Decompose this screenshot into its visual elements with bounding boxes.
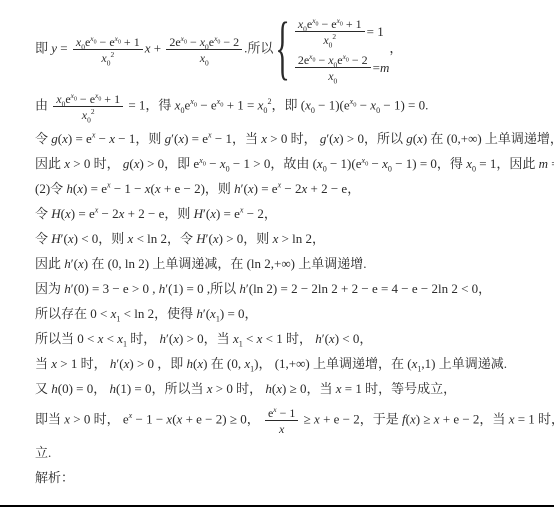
math-text: < ln 2，使得 [120, 306, 196, 321]
math-text: − 1)(e [315, 97, 350, 112]
math-text: 令 [35, 206, 51, 221]
math-text: − e [197, 97, 217, 112]
math-text: − 2 [349, 53, 368, 67]
math-text: ) < 0，则 [74, 231, 128, 246]
math-text: ) > 0，所以 [339, 131, 406, 146]
math-text: 0 [334, 76, 338, 85]
math-text: + 1 [101, 92, 120, 106]
math-text: ， [389, 40, 402, 55]
line-analysis-label: 解析： [35, 469, 548, 486]
math-text: 因为 [35, 281, 64, 296]
math-text: (0) = 0， [58, 381, 110, 396]
math-text: 令 [35, 231, 51, 246]
fraction: 2ex0 − x0ex0 − 2x0 [295, 52, 371, 83]
math-text: ≥ [300, 411, 314, 426]
math-text: 解析： [35, 470, 74, 485]
math-text: 0 [205, 58, 209, 67]
math-text: − 2， [243, 206, 276, 221]
subscript: 0 [87, 115, 91, 124]
math-text: + 1 [343, 17, 362, 31]
math-text: > ln 2， [278, 231, 325, 246]
math-text: ) = e [71, 206, 95, 221]
line-final-inequality: 即当 x > 0 时， ex − 1 − x(x + e − 2) ≥ 0， e… [35, 405, 548, 436]
math-text: 因此 [35, 156, 64, 171]
math-text: 由 [35, 97, 51, 112]
math-text: − 1 − [132, 411, 166, 426]
math-text: − 2 [281, 181, 301, 196]
math-text: = [57, 40, 71, 55]
math-text: (2)令 [35, 181, 66, 196]
math-text: − e [318, 17, 336, 31]
math-text: 立. [35, 445, 51, 460]
math-variable: x [279, 422, 284, 436]
subscript: 0 [334, 76, 338, 85]
system-rows: x0ex0 − ex0 + 1x02 = 12ex0 − x0ex0 − 2x0… [293, 16, 390, 83]
math-text: .所以 [244, 40, 273, 55]
fraction-denominator: x [265, 421, 298, 436]
subscript: 0 [107, 58, 111, 67]
math-text: ) ≥ [416, 411, 434, 426]
superscript: 2 [332, 32, 336, 41]
math-text: ) = e [83, 181, 107, 196]
math-text: ) = 0， [220, 306, 258, 321]
math-text: ) > 0，即 e [140, 156, 200, 171]
math-text: − [95, 131, 109, 146]
math-text: 即 [35, 40, 51, 55]
fraction-denominator: x02 [53, 107, 123, 122]
math-text: + [150, 40, 164, 55]
math-text: ′( [71, 256, 78, 271]
math-variable: m [380, 59, 389, 76]
line-tangent-system: 即 y = x0ex0 − ex0 + 1x02x + 2ex0 − x0ex0… [35, 16, 548, 83]
left-brace: { [275, 14, 289, 85]
math-text: + 1 [121, 35, 140, 49]
math-text: − 2 [220, 35, 239, 49]
line-derive-x0: 由 x0ex0 − ex0 + 1x02 = 1，得 x0ex0 − ex0 +… [35, 91, 548, 122]
math-text: > 1 时， [57, 356, 110, 371]
math-text: = [373, 59, 380, 76]
math-text: − [187, 35, 200, 49]
subscript: 0 [329, 40, 333, 49]
fraction: x0ex0 − ex0 + 1x02 [53, 91, 123, 122]
solution-document: 即 y = x0ex0 − ex0 + 1x02x + 2ex0 − x0ex0… [0, 0, 554, 486]
math-text: 2e [298, 53, 309, 67]
math-text: + 2 − e，则 [124, 206, 193, 221]
math-text: 当 [35, 356, 51, 371]
math-text: − e [97, 35, 115, 49]
fraction-numerator: x0ex0 − ex0 + 1 [53, 91, 123, 107]
math-text: ′( [322, 331, 329, 346]
math-text: − [368, 156, 382, 171]
math-text: − [206, 156, 220, 171]
math-text: > 0 时， e [70, 411, 129, 426]
math-variable: H [51, 231, 60, 246]
math-text: ) = e [216, 206, 240, 221]
math-text: − 1 > 0，故由 ( [230, 156, 317, 171]
math-text: 因此 [35, 256, 64, 271]
math-text: ) ≥ 0，当 [282, 381, 336, 396]
math-text: ′(ln 2) = 2 − 2ln 2 + 2 − e = 4 − e − 2l… [246, 281, 491, 296]
math-variable: H [194, 206, 203, 221]
math-text: ) = e [254, 181, 278, 196]
math-text: + 1 = [223, 97, 257, 112]
math-text: + e − 2)，则 [161, 181, 235, 196]
math-text: ) > 0 ，即 [129, 356, 186, 371]
math-text: + e − 2，于是 [320, 411, 402, 426]
math-text: (1) = 0，所以当 [116, 381, 207, 396]
math-text: − 1 − [111, 181, 145, 196]
math-text: < ln 2，令 [133, 231, 196, 246]
fraction-numerator: x0ex0 − ex0 + 1 [73, 34, 143, 50]
math-text: 0 [263, 106, 267, 115]
math-text: ) > 0，则 [219, 231, 273, 246]
line-part2-define-h: (2)令 h(x) = ex − 1 − x(x + e − 2)，则 h′(x… [35, 180, 548, 197]
line-H-prime-sign: 令 H′(x) < 0，则 x < ln 2，令 H′(x) > 0，则 x >… [35, 230, 548, 247]
math-text: ) > 0，当 [179, 331, 233, 346]
math-text: = 1 时，等号成立， [342, 381, 457, 396]
fraction-denominator: x0 [166, 50, 242, 65]
math-text: 所以当 0 < [35, 331, 98, 346]
math-text: )， (1,+∞) 上单调递增，在 ( [254, 356, 411, 371]
math-text: < 1 时， [262, 331, 315, 346]
math-text: 0 [329, 40, 333, 49]
math-text: ) = e [68, 131, 92, 146]
line-sign-intervals: 所以当 0 < x < x1 时， h′(x) > 0，当 x1 < x < 1… [35, 330, 548, 347]
fraction: x0ex0 − ex0 + 1x02 [295, 16, 365, 47]
math-text: ,1) 上单调递减. [421, 356, 507, 371]
math-variable: m [539, 156, 548, 171]
math-text: + e − 2) ≥ 0， [182, 411, 263, 426]
math-text: ′( [61, 231, 68, 246]
math-text: ′( [326, 131, 333, 146]
math-text: 即当 [35, 411, 64, 426]
fraction-denominator: x0 [295, 68, 371, 83]
superscript: 2 [110, 50, 114, 59]
math-text: ) = e [184, 131, 208, 146]
math-text: ′( [206, 231, 213, 246]
math-text: 2 [91, 107, 95, 116]
line-define-g: 令 g(x) = ex − x − 1，则 g′(x) = ex − 1，当 x… [35, 130, 548, 147]
math-text: 2 [110, 50, 114, 59]
line-h-prime-monotone: 因此 h′(x) 在 (0, ln 2) 上单调递减，在 (ln 2,+∞) 上… [35, 255, 548, 272]
line-h-nonnegative: 又 h(0) = 0， h(1) = 0，所以当 x > 0 时， h(x) ≥… [35, 380, 548, 397]
subscript: 0 [263, 106, 267, 115]
fraction-numerator: x0ex0 − ex0 + 1 [295, 16, 365, 32]
system-row: x0ex0 − ex0 + 1x02 = 1 [293, 16, 390, 47]
math-text: ) 在 (0, [203, 356, 244, 371]
math-text: 2 [332, 32, 336, 41]
math-variable: H [51, 206, 60, 221]
math-text: − 1 [277, 406, 296, 420]
math-text: + e − 2，当 [440, 411, 509, 426]
math-text: = 1，因此 [476, 156, 539, 171]
system-row: 2ex0 − x0ex0 − 2x0 = m [293, 52, 390, 83]
equation-system: {x0ex0 − ex0 + 1x02 = 12ex0 − x0ex0 − 2x… [275, 16, 389, 83]
line-define-H: 令 H(x) = ex − 2x + 2 − e，则 H′(x) = ex − … [35, 205, 548, 222]
math-text: > 0 时， [213, 381, 266, 396]
fraction-denominator: x02 [73, 50, 143, 65]
math-text: ′(1) = 0 ,所以 [165, 281, 239, 296]
math-text: − 1，当 [212, 131, 262, 146]
bottom-divider [0, 505, 554, 507]
math-text: ，即 ( [271, 97, 305, 112]
math-text: 2e [169, 35, 180, 49]
subscript: 0 [205, 58, 209, 67]
math-text: < [103, 331, 117, 346]
math-text: ′(0) = 3 − e > 0 , [71, 281, 159, 296]
math-variable: H [196, 231, 205, 246]
math-text: = 1 [367, 23, 384, 40]
math-text: − [315, 53, 328, 67]
fraction: 2ex0 − x0ex0 − 2x0 [166, 34, 242, 65]
line-conclude-x0-equals-1: 因此 x > 0 时， g(x) > 0，即 ex0 − x0 − 1 > 0，… [35, 155, 548, 172]
math-text: > 0 时， [267, 131, 320, 146]
fraction-numerator: 2ex0 − x0ex0 − 2 [295, 52, 371, 68]
math-text: ′( [241, 181, 248, 196]
math-text: − 1) = 0，得 [392, 156, 466, 171]
math-text: − [356, 97, 370, 112]
fraction-numerator: ex − 1 [265, 405, 298, 421]
math-text: ′( [203, 306, 210, 321]
line-exists-x1: 所以存在 0 < x1 < ln 2，使得 h′(x1) = 0， [35, 305, 548, 322]
line-h-prime-values: 因为 h′(0) = 3 − e > 0 , h′(1) = 0 ,所以 h′(… [35, 280, 548, 297]
math-text: + 2 − e， [307, 181, 360, 196]
fraction-denominator: x02 [295, 32, 365, 47]
math-text: − 1，则 [115, 131, 165, 146]
superscript: 2 [91, 107, 95, 116]
math-text: − 1) = 0. [380, 97, 428, 112]
math-text: ′( [116, 356, 123, 371]
math-text: 所以存在 0 < [35, 306, 111, 321]
math-text: > 0 时， [70, 156, 123, 171]
line-h-monotone-summary: 当 x > 1 时， h′(x) > 0 ，即 h(x) 在 (0, x1)， … [35, 355, 548, 372]
fraction: ex − 1x [265, 405, 298, 436]
math-text: = 1，得 [125, 97, 175, 112]
math-text: ) < 0， [335, 331, 373, 346]
math-text: 又 [35, 381, 51, 396]
math-text: 0 [107, 58, 111, 67]
math-text: = e − 2. [548, 156, 554, 171]
fraction: x0ex0 − ex0 + 1x02 [73, 34, 143, 65]
line-wrap-li: 立. [35, 444, 548, 461]
math-text: − e [77, 92, 95, 106]
math-text: − 1)(e [327, 156, 362, 171]
math-text: 0 [87, 115, 91, 124]
superscript: x0 [199, 156, 206, 165]
math-text: = 1 时，等号成 [514, 411, 554, 426]
math-text: ) 在 (0, ln 2) 上单调递减，在 (ln 2,+∞) 上单调递增. [84, 256, 367, 271]
math-text: < [243, 331, 257, 346]
math-text: − 2 [98, 206, 118, 221]
fraction-numerator: 2ex0 − x0ex0 − 2 [166, 34, 242, 50]
math-text: 时， [127, 331, 160, 346]
math-text: 令 [35, 131, 51, 146]
math-text: ) 在 (0,+∞) 上单调递增， [423, 131, 554, 146]
